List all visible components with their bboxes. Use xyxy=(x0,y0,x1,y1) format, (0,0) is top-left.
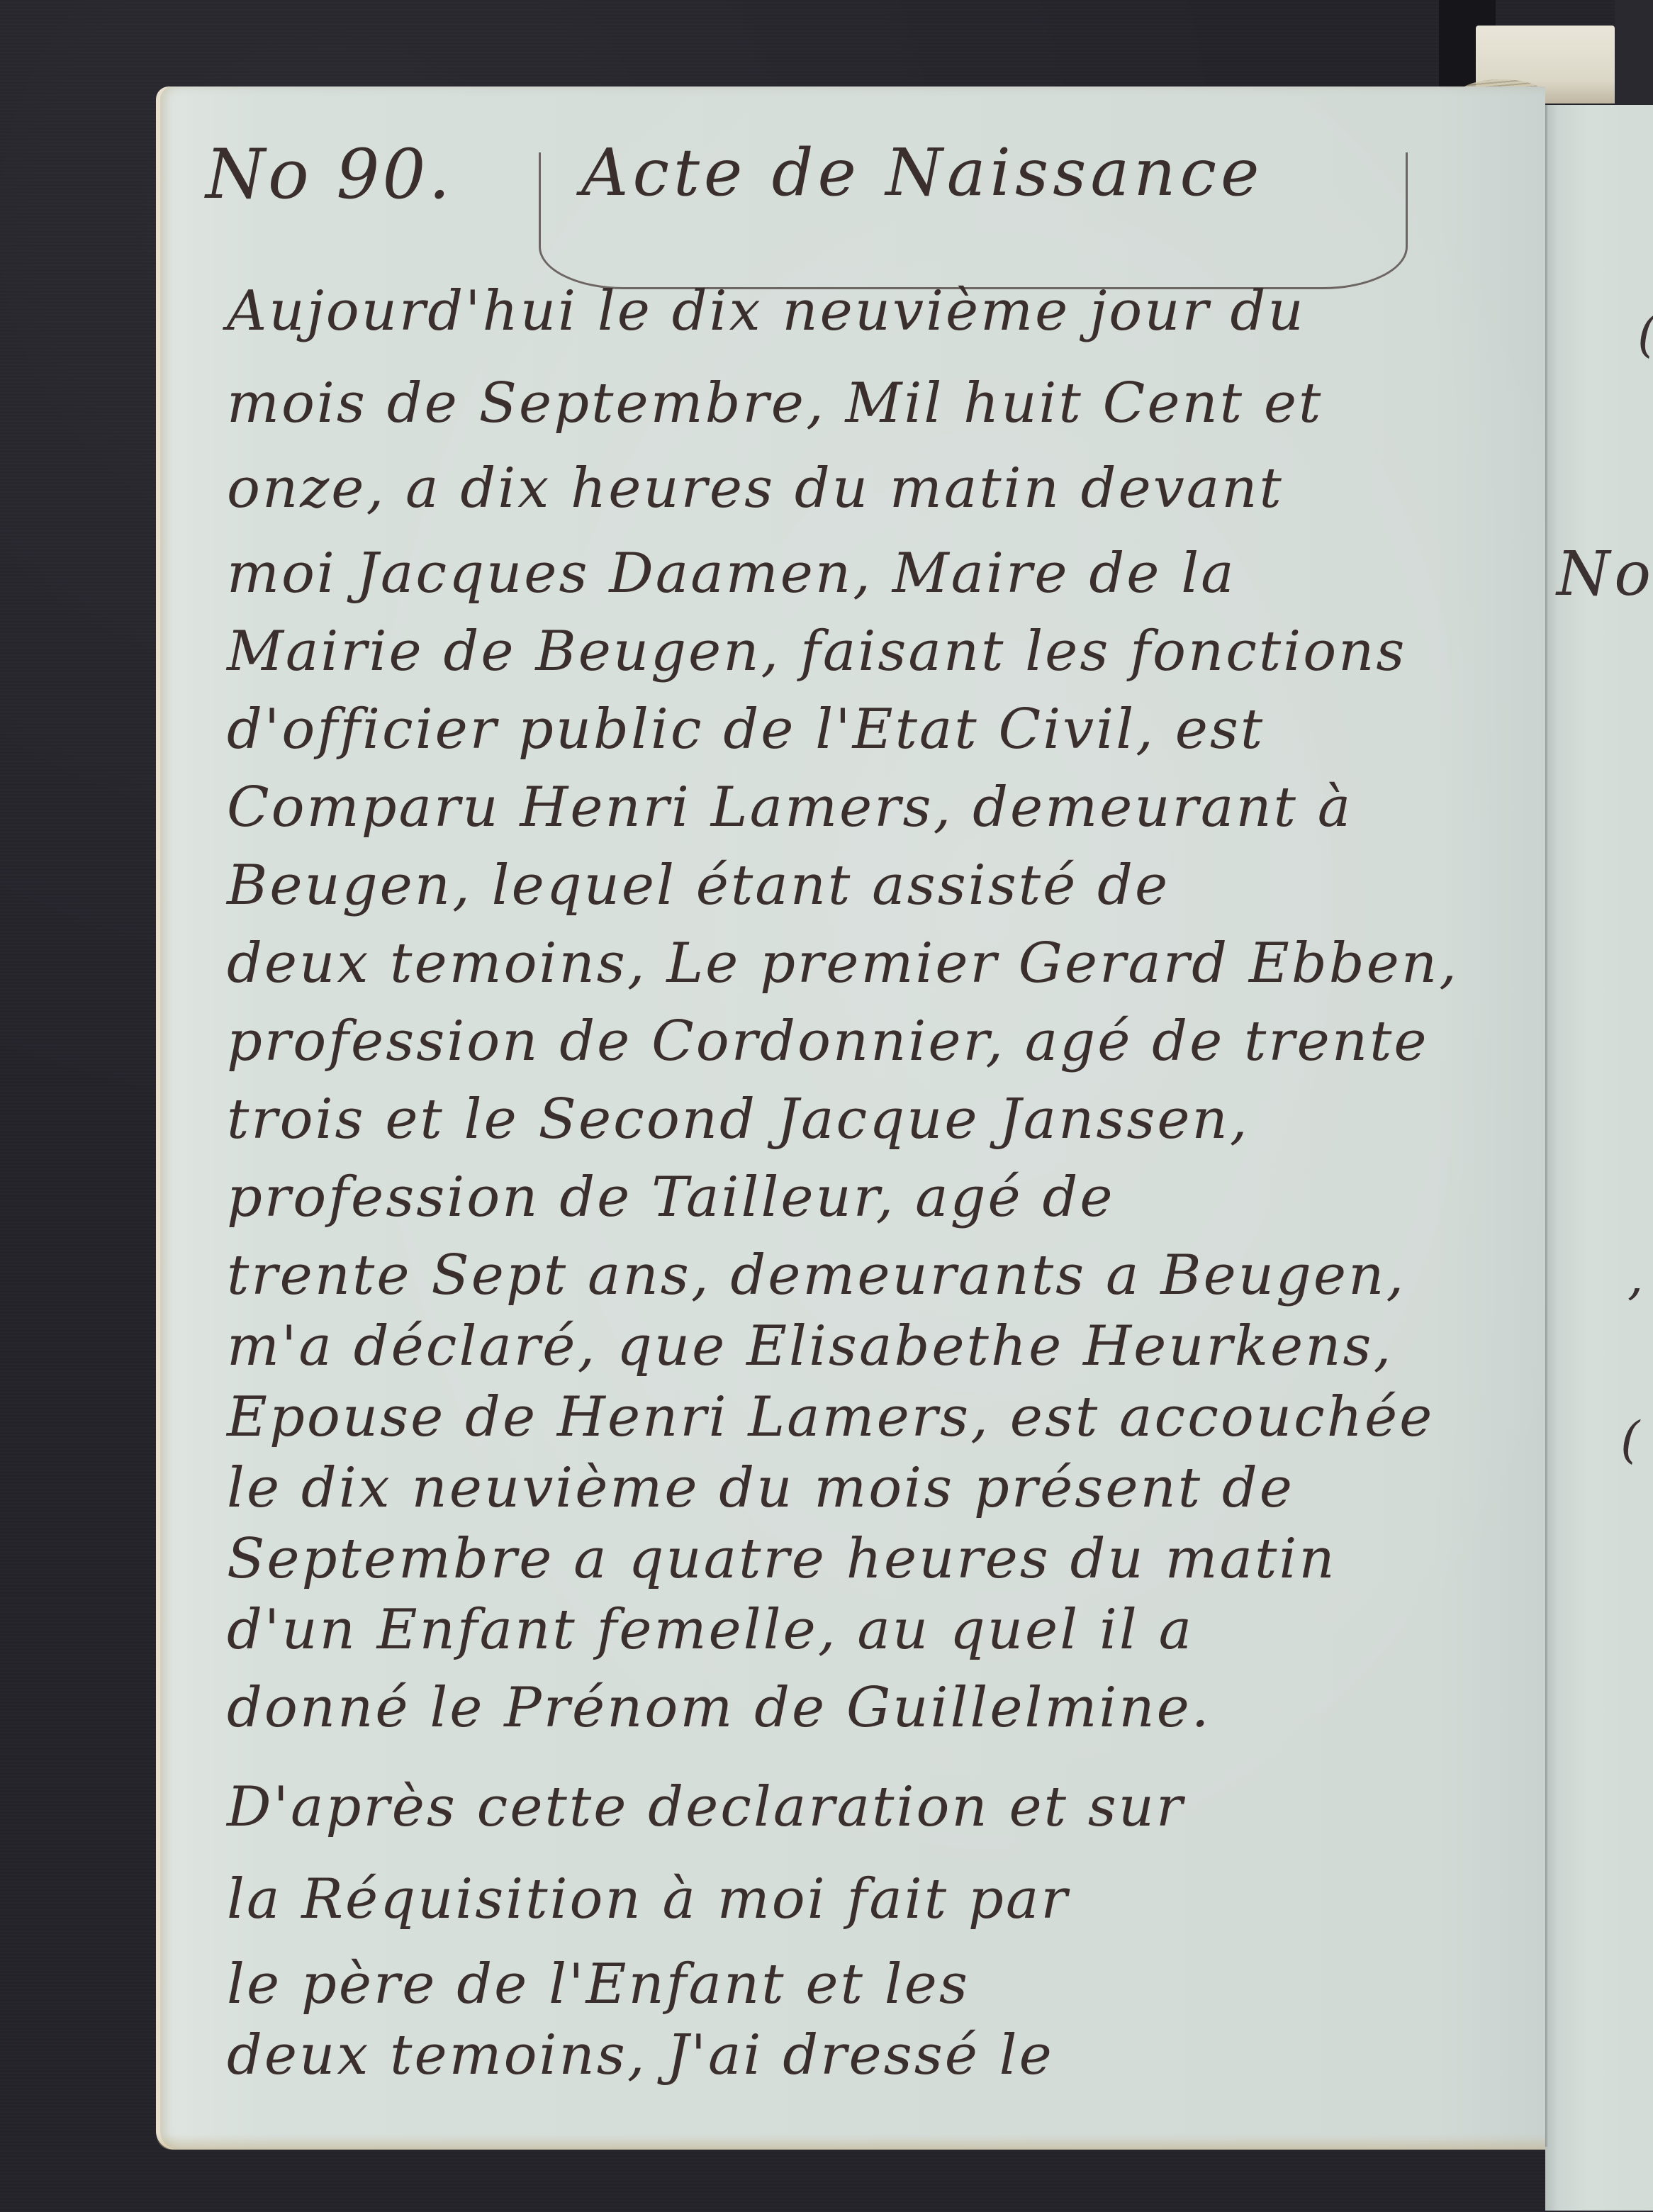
text-line: Comparu Henri Lamers, demeurant à xyxy=(227,780,1352,835)
text-line: trois et le Second Jacque Janssen, xyxy=(227,1092,1250,1147)
text-line: le dix neuvième du mois présent de xyxy=(227,1460,1294,1516)
text-line: deux temoins, Le premier Gerard Ebben, xyxy=(227,936,1459,991)
text-line: Epouse de Henri Lamers, est accouchée xyxy=(227,1390,1434,1445)
record-number: No 90. xyxy=(206,135,453,214)
adjacent-page-record-number: No 9 xyxy=(1557,539,1653,610)
text-line: d'officier public de l'Etat Civil, est xyxy=(227,702,1265,757)
text-line: donné le Prénom de Guillelmine. xyxy=(227,1680,1211,1736)
text-line: d'un Enfant femelle, au quel il a xyxy=(227,1602,1194,1658)
text-line: le père de l'Enfant et les xyxy=(227,1957,970,2012)
text-line: Beugen, lequel étant assisté de xyxy=(227,858,1170,913)
text-line: onze, a dix heures du matin devant xyxy=(227,461,1284,516)
text-line-paragraph-start: D'après cette declaration et sur xyxy=(227,1780,1184,1835)
text-line: m'a déclaré, que Elisabethe Heurkens, xyxy=(227,1319,1393,1374)
text-line: moi Jacques Daamen, Maire de la xyxy=(227,546,1236,601)
text-line: la Réquisition à moi fait par xyxy=(227,1872,1070,1927)
text-line: trente Sept ans, demeurants a Beugen, xyxy=(227,1248,1406,1303)
text-line: deux temoins, J'ai dressé le xyxy=(227,2028,1054,2083)
backdrop-top-right xyxy=(1615,0,1653,106)
adjacent-page xyxy=(1545,105,1653,2211)
text-line: Mairie de Beugen, faisant les fonctions xyxy=(227,624,1406,679)
adjacent-page-ink-fragment: ( xyxy=(1637,305,1653,363)
title-flourish xyxy=(539,152,1408,289)
adjacent-page-ink-fragment: ( xyxy=(1620,1411,1640,1469)
text-line: profession de Cordonnier, agé de trente xyxy=(227,1014,1429,1069)
text-line: Septembre a quatre heures du matin xyxy=(227,1531,1337,1587)
text-line: profession de Tailleur, agé de xyxy=(227,1170,1115,1225)
text-line: mois de Septembre, Mil huit Cent et xyxy=(227,376,1323,431)
text-line: Aujourd'hui le dix neuvième jour du xyxy=(227,284,1306,339)
adjacent-page-ink-fragment: , xyxy=(1627,1248,1643,1306)
